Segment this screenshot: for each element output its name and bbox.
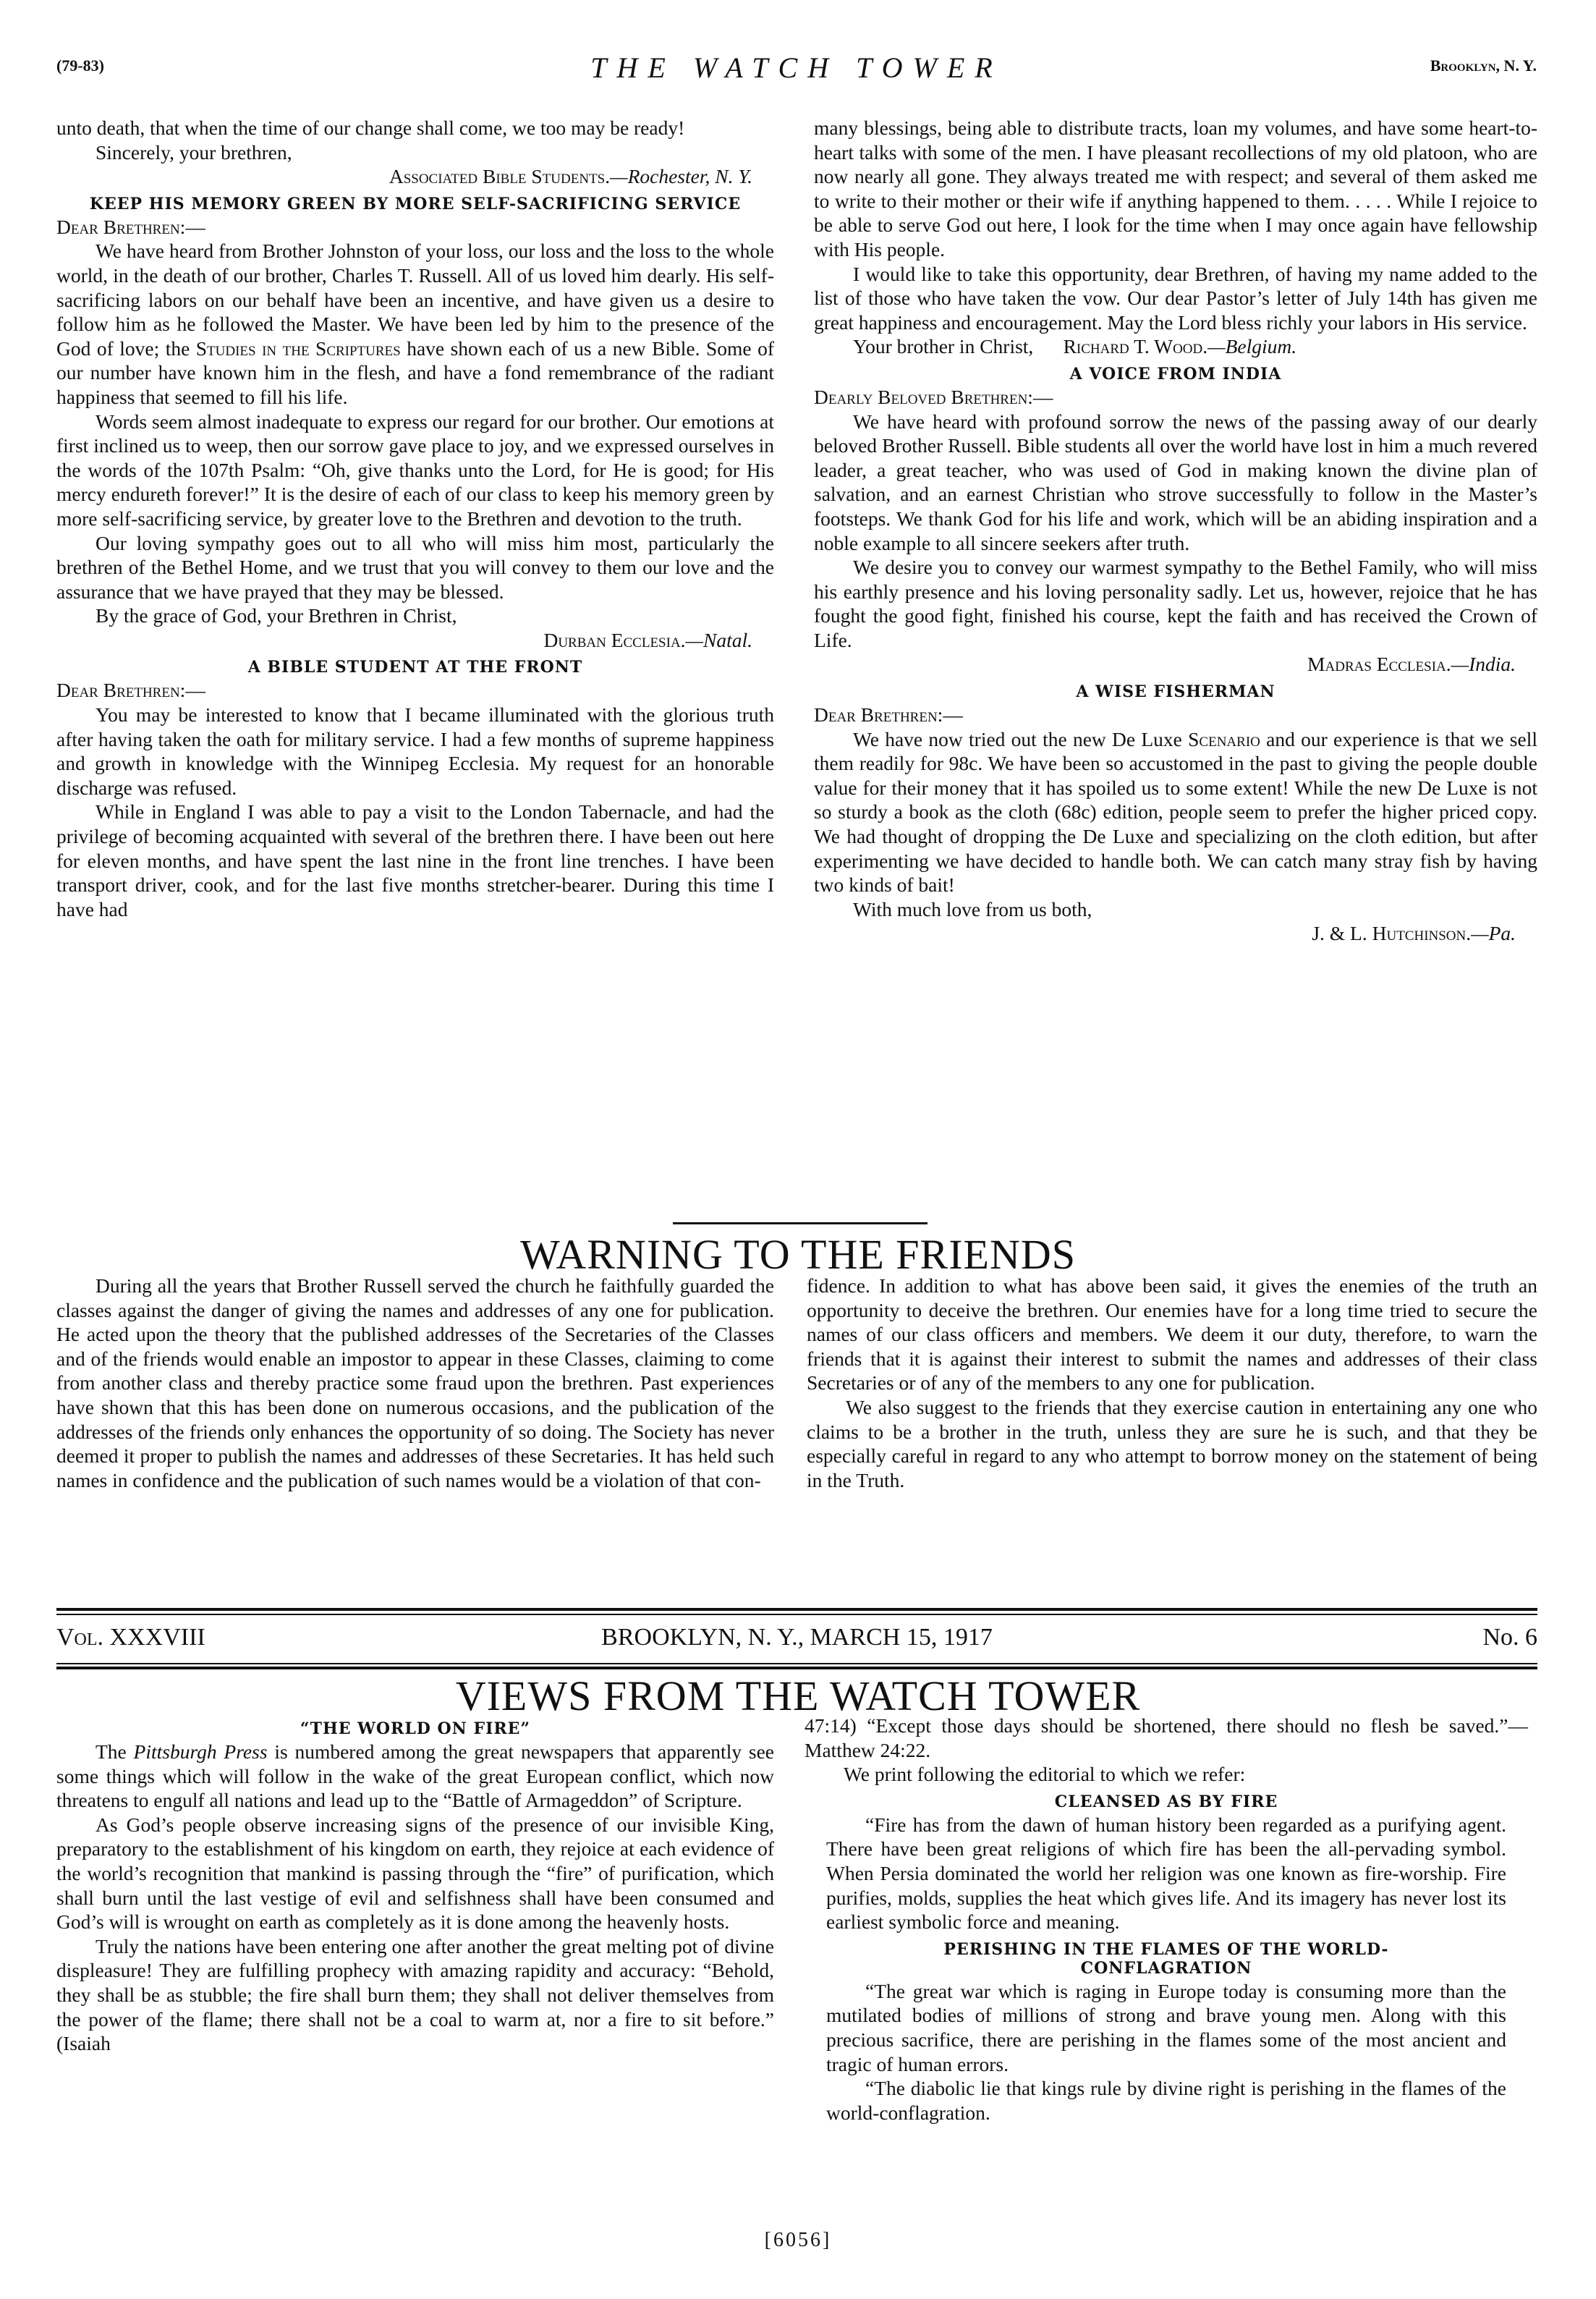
- masthead-rule-top: [56, 1608, 1537, 1617]
- warning-right-column: fidence. In addition to what has above b…: [807, 1274, 1537, 1492]
- masthead: Vol. XXXVIII BROOKLYN, N. Y., MARCH 15, …: [56, 1624, 1537, 1660]
- paragraph: We also suggest to the friends that they…: [807, 1395, 1537, 1492]
- letter-closing: By the grace of God, your Brethren in Ch…: [56, 604, 774, 628]
- signature-name: Associated Bible Students.: [389, 165, 610, 187]
- section-heading: A VOICE FROM INDIA: [814, 365, 1537, 384]
- dateline: BROOKLYN, N. Y., MARCH 15, 1917: [56, 1624, 1537, 1651]
- signature-name: J. & L. Hutchinson.: [1312, 922, 1471, 944]
- letters-left-column: unto death, that when the time of our ch…: [56, 116, 774, 921]
- views-title: VIEWS FROM THE WATCH TOWER: [0, 1673, 1596, 1719]
- page-number: [6056]: [0, 2229, 1596, 2252]
- section-heading: KEEP HIS MEMORY GREEN BY MORE SELF-SACRI…: [56, 195, 774, 213]
- paragraph: We have heard from Brother Johnston of y…: [56, 239, 774, 409]
- section-divider: [673, 1222, 928, 1224]
- signature-name: Richard T. Wood.: [1064, 335, 1208, 357]
- paragraph: As God’s people observe increasing signs…: [56, 1813, 774, 1934]
- letter-signature: Associated Bible Students.—Rochester, N.…: [56, 164, 774, 189]
- paragraph: many blessings, being able to distribute…: [814, 116, 1537, 262]
- letter-signature: J. & L. Hutchinson.—Pa.: [814, 921, 1537, 946]
- letter-closing: Sincerely, your brethren,: [56, 140, 774, 165]
- paragraph: Words seem almost inadequate to express …: [56, 410, 774, 531]
- paragraph: During all the years that Brother Russel…: [56, 1274, 774, 1492]
- paragraph: We have now tried out the new De Luxe Sc…: [814, 727, 1537, 897]
- salutation: Dear Brethren:—: [56, 215, 774, 240]
- signature-place: —Natal.: [686, 629, 752, 651]
- warning-left-column: During all the years that Brother Russel…: [56, 1274, 774, 1492]
- letters-right-column: many blessings, being able to distribute…: [814, 116, 1537, 946]
- section-heading: A BIBLE STUDENT AT THE FRONT: [56, 658, 774, 677]
- running-head: (79-83) THE WATCH TOWER Brooklyn, N. Y.: [56, 51, 1537, 80]
- book-title: Studies in the Scriptures: [196, 337, 401, 360]
- letter-rochester-ending: unto death, that when the time of our ch…: [56, 116, 774, 140]
- paragraph: You may be interested to know that I bec…: [56, 703, 774, 800]
- quoted-paragraph: “Fire has from the dawn of human history…: [826, 1813, 1506, 1934]
- warning-title: WARNING TO THE FRIENDS: [0, 1232, 1596, 1278]
- masthead-rule-bottom: [56, 1663, 1537, 1672]
- salutation: Dear Brethren:—: [56, 678, 774, 703]
- views-left-column: “THE WORLD ON FIRE” The Pittsburgh Press…: [56, 1714, 774, 2056]
- quoted-paragraph: “The great war which is raging in Europe…: [826, 1979, 1506, 2076]
- paragraph: We desire you to convey our warmest symp…: [814, 555, 1537, 652]
- paragraph: Our loving sympathy goes out to all who …: [56, 531, 774, 604]
- signature-place: —Belgium.: [1207, 335, 1296, 357]
- book-title: Scenario: [1188, 728, 1260, 750]
- signature-name: Durban Ecclesia.: [543, 629, 685, 651]
- signature-place: —Pa.: [1471, 922, 1516, 944]
- paragraph: While in England I was able to pay a vis…: [56, 800, 774, 921]
- journal-title: THE WATCH TOWER: [56, 51, 1537, 85]
- issue-number: No. 6: [1482, 1624, 1537, 1651]
- letter-closing: With much love from us both,: [814, 897, 1537, 922]
- letter-closing-signature: Your brother in Christ, Richard T. Wood.…: [814, 334, 1537, 359]
- salutation: Dear Brethren:—: [814, 703, 1537, 727]
- paragraph: The Pittsburgh Press is numbered among t…: [56, 1740, 774, 1813]
- letter-signature: Durban Ecclesia.—Natal.: [56, 628, 774, 653]
- place-label: Brooklyn, N. Y.: [1430, 56, 1537, 75]
- paragraph: I would like to take this opportunity, d…: [814, 262, 1537, 335]
- newspaper-title: Pittsburgh Press: [134, 1740, 268, 1763]
- paragraph: 47:14) “Except those days should be shor…: [805, 1714, 1528, 1762]
- paragraph: We print following the editorial to whic…: [805, 1762, 1528, 1787]
- salutation: Dearly Beloved Brethren:—: [814, 385, 1537, 410]
- signature-place: —India.: [1451, 653, 1516, 675]
- paragraph: fidence. In addition to what has above b…: [807, 1274, 1537, 1395]
- paragraph: We have heard with profound sorrow the n…: [814, 410, 1537, 556]
- signature-name: Madras Ecclesia.: [1307, 653, 1451, 675]
- section-heading: A WISE FISHERMAN: [814, 682, 1537, 701]
- section-heading: “THE WORLD ON FIRE”: [56, 1719, 774, 1738]
- paragraph: Truly the nations have been entering one…: [56, 1934, 774, 2056]
- section-heading: CLEANSED AS BY FIRE: [805, 1792, 1528, 1811]
- section-heading: PERISHING IN THE FLAMES OF THE WORLD-CON…: [805, 1940, 1528, 1978]
- quoted-paragraph: “The diabolic lie that kings rule by div…: [826, 2076, 1506, 2125]
- signature-place: —Rochester, N. Y.: [610, 165, 752, 187]
- views-right-column: 47:14) “Except those days should be shor…: [805, 1714, 1528, 2125]
- letter-signature: Madras Ecclesia.—India.: [814, 652, 1537, 677]
